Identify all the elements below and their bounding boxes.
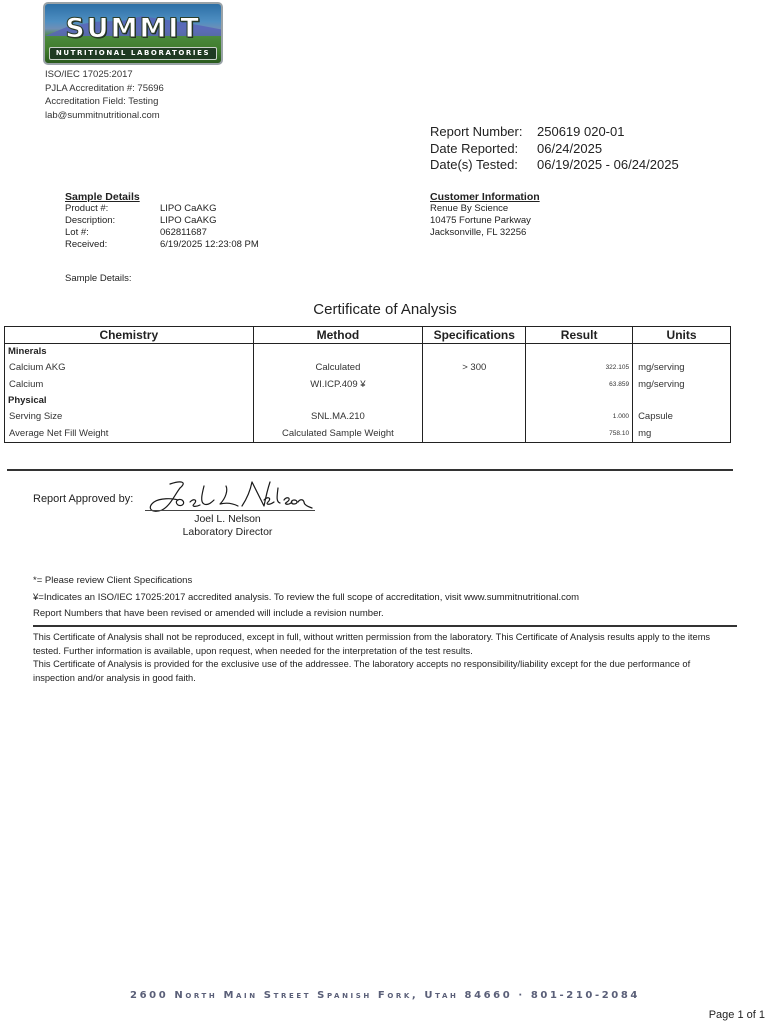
method-cell: Calculated bbox=[253, 359, 423, 376]
report-approved-label: Report Approved by: bbox=[33, 493, 133, 505]
report-meta: Report Number: 250619 020-01 Date Report… bbox=[430, 124, 679, 174]
divider bbox=[33, 625, 737, 627]
disclaimer: This Certificate of Analysis shall not b… bbox=[33, 631, 733, 685]
dates-tested: 06/19/2025 - 06/24/2025 bbox=[537, 157, 679, 174]
note-iso-accredited: ¥=Indicates an ISO/IEC 17025:2017 accred… bbox=[33, 590, 579, 607]
customer-name: Renue By Science bbox=[430, 203, 540, 215]
signer-title: Laboratory Director bbox=[150, 526, 305, 539]
col-header-result: Result bbox=[526, 327, 633, 344]
col-header-method: Method bbox=[253, 327, 423, 344]
col-header-specifications: Specifications bbox=[423, 327, 526, 344]
note-client-specs: *= Please review Client Specifications bbox=[33, 573, 579, 590]
units-cell: mg/serving bbox=[633, 376, 731, 393]
customer-address-line1: 10475 Fortune Parkway bbox=[430, 215, 540, 227]
lot-label: Lot #: bbox=[65, 227, 160, 239]
customer-information: Customer Information Renue By Science 10… bbox=[430, 191, 540, 239]
method-cell: WI.ICP.409 ¥ bbox=[253, 376, 423, 393]
results-table: Chemistry Method Specifications Result U… bbox=[4, 326, 731, 443]
units-cell: mg/serving bbox=[633, 359, 731, 376]
accreditation-info: ISO/IEC 17025:2017 PJLA Accreditation #:… bbox=[45, 68, 164, 122]
table-header-row: Chemistry Method Specifications Result U… bbox=[5, 327, 731, 344]
pjla-number: PJLA Accreditation #: 75696 bbox=[45, 82, 164, 96]
table-row: Average Net Fill Weight Calculated Sampl… bbox=[5, 425, 731, 443]
method-cell: SNL.MA.210 bbox=[253, 408, 423, 425]
col-header-units: Units bbox=[633, 327, 731, 344]
note-revision: Report Numbers that have been revised or… bbox=[33, 606, 579, 623]
description-label: Description: bbox=[65, 215, 160, 227]
dates-tested-row: Date(s) Tested: 06/19/2025 - 06/24/2025 bbox=[430, 157, 679, 174]
sample-details: Sample Details Product #:LIPO CaAKG Desc… bbox=[65, 191, 259, 251]
units-cell: Capsule bbox=[633, 408, 731, 425]
footer-address: 2600 North Main Street Spanish Fork, Uta… bbox=[0, 990, 770, 1001]
result-cell: 1.000 bbox=[526, 408, 633, 425]
category-row: Physical bbox=[5, 393, 731, 408]
product-value: LIPO CaAKG bbox=[160, 203, 217, 215]
date-reported-label: Date Reported: bbox=[430, 141, 537, 158]
spec-cell bbox=[423, 408, 526, 425]
category-row: Minerals bbox=[5, 344, 731, 360]
signer-block: Joel L. Nelson Laboratory Director bbox=[150, 513, 305, 539]
received-value: 6/19/2025 12:23:08 PM bbox=[160, 239, 259, 251]
notes: *= Please review Client Specifications ¥… bbox=[33, 573, 579, 623]
disclaimer-liability: This Certificate of Analysis is provided… bbox=[33, 658, 733, 685]
result-cell: 758.10 bbox=[526, 425, 633, 443]
lot-value: 062811687 bbox=[160, 227, 207, 239]
result-cell: 63.859 bbox=[526, 376, 633, 393]
accreditation-field: Accreditation Field: Testing bbox=[45, 95, 164, 109]
customer-information-title: Customer Information bbox=[430, 191, 540, 203]
received-label: Received: bbox=[65, 239, 160, 251]
table-row: Serving Size SNL.MA.210 1.000 Capsule bbox=[5, 408, 731, 425]
table-row: Calcium AKG Calculated > 300 322.105 mg/… bbox=[5, 359, 731, 376]
chemistry-cell: Average Net Fill Weight bbox=[5, 425, 254, 443]
chemistry-cell: Calcium AKG bbox=[5, 359, 254, 376]
iso-standard: ISO/IEC 17025:2017 bbox=[45, 68, 164, 82]
units-cell: mg bbox=[633, 425, 731, 443]
category-minerals: Minerals bbox=[5, 344, 254, 360]
chemistry-cell: Calcium bbox=[5, 376, 254, 393]
summit-logo: SUMMIT NUTRITIONAL LABORATORIES bbox=[43, 2, 223, 65]
dates-tested-label: Date(s) Tested: bbox=[430, 157, 537, 174]
date-reported-row: Date Reported: 06/24/2025 bbox=[430, 141, 679, 158]
report-number: 250619 020-01 bbox=[537, 124, 624, 141]
table-row: Calcium WI.ICP.409 ¥ 63.859 mg/serving bbox=[5, 376, 731, 393]
chemistry-cell: Serving Size bbox=[5, 408, 254, 425]
spec-cell bbox=[423, 376, 526, 393]
certificate-title: Certificate of Analysis bbox=[0, 301, 770, 318]
sample-details-note: Sample Details: bbox=[65, 273, 132, 284]
category-physical: Physical bbox=[5, 393, 254, 408]
logo-wordmark: SUMMIT bbox=[45, 13, 221, 44]
method-cell: Calculated Sample Weight bbox=[253, 425, 423, 443]
date-reported: 06/24/2025 bbox=[537, 141, 602, 158]
product-label: Product #: bbox=[65, 203, 160, 215]
description-value: LIPO CaAKG bbox=[160, 215, 217, 227]
divider bbox=[7, 469, 733, 471]
signer-name: Joel L. Nelson bbox=[150, 513, 305, 526]
report-number-label: Report Number: bbox=[430, 124, 537, 141]
customer-address-line2: Jacksonville, FL 32256 bbox=[430, 227, 540, 239]
disclaimer-reproduction: This Certificate of Analysis shall not b… bbox=[33, 631, 733, 658]
spec-cell bbox=[423, 425, 526, 443]
page-number: Page 1 of 1 bbox=[709, 1009, 765, 1021]
spec-cell: > 300 bbox=[423, 359, 526, 376]
signature-line bbox=[145, 510, 315, 511]
sample-details-title: Sample Details bbox=[65, 191, 259, 203]
result-cell: 322.105 bbox=[526, 359, 633, 376]
lab-email[interactable]: lab@summitnutritional.com bbox=[45, 109, 164, 123]
logo-tagline: NUTRITIONAL LABORATORIES bbox=[49, 47, 217, 60]
report-number-row: Report Number: 250619 020-01 bbox=[430, 124, 679, 141]
col-header-chemistry: Chemistry bbox=[5, 327, 254, 344]
